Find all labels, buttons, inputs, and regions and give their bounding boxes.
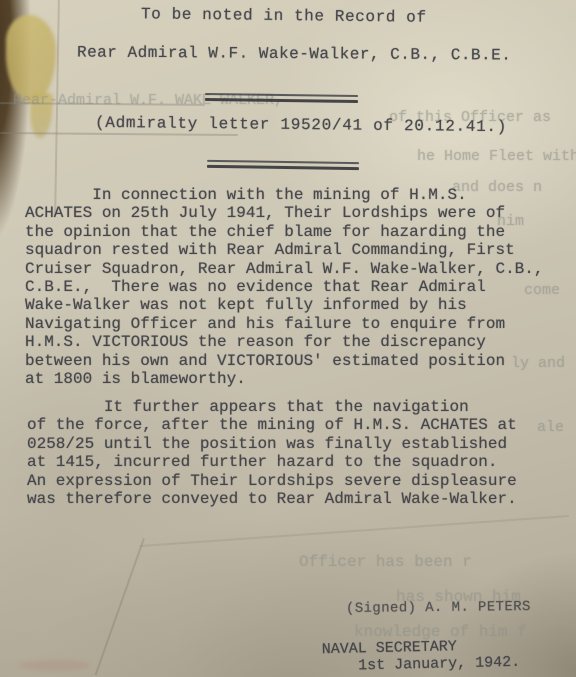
paper-crease xyxy=(140,515,569,546)
rule-stroke xyxy=(205,93,358,97)
double-rule-bottom xyxy=(207,160,359,170)
body-paragraph-1: In connection with the mining of H.M.S. … xyxy=(25,186,543,388)
rule-stroke xyxy=(207,160,359,164)
signature-block: NAVAL SECRETARY 1st January, 1942. xyxy=(322,638,521,675)
signed-line: (Signed) A. M. PETERS xyxy=(346,598,531,618)
ghost-text-fragment: ale xyxy=(537,419,564,436)
document-page: Rear-Admiral W.F. WAKE-WALKER, of this O… xyxy=(0,0,576,677)
rule-stroke xyxy=(207,165,359,170)
body-paragraph-2: It further appears that the navigation o… xyxy=(27,398,517,508)
paper-crease xyxy=(95,538,145,675)
ink-smudge xyxy=(18,660,90,671)
ghost-text-fragment: he Home Fleet with xyxy=(417,148,576,165)
tape-stain xyxy=(6,15,56,103)
ghost-text-fragment: Officer has been r xyxy=(299,553,472,571)
officer-name-heading: Rear Admiral W.F. Wake-Walker, C.B., C.B… xyxy=(77,43,511,64)
record-note-heading: To be noted in the Record of xyxy=(141,5,427,27)
